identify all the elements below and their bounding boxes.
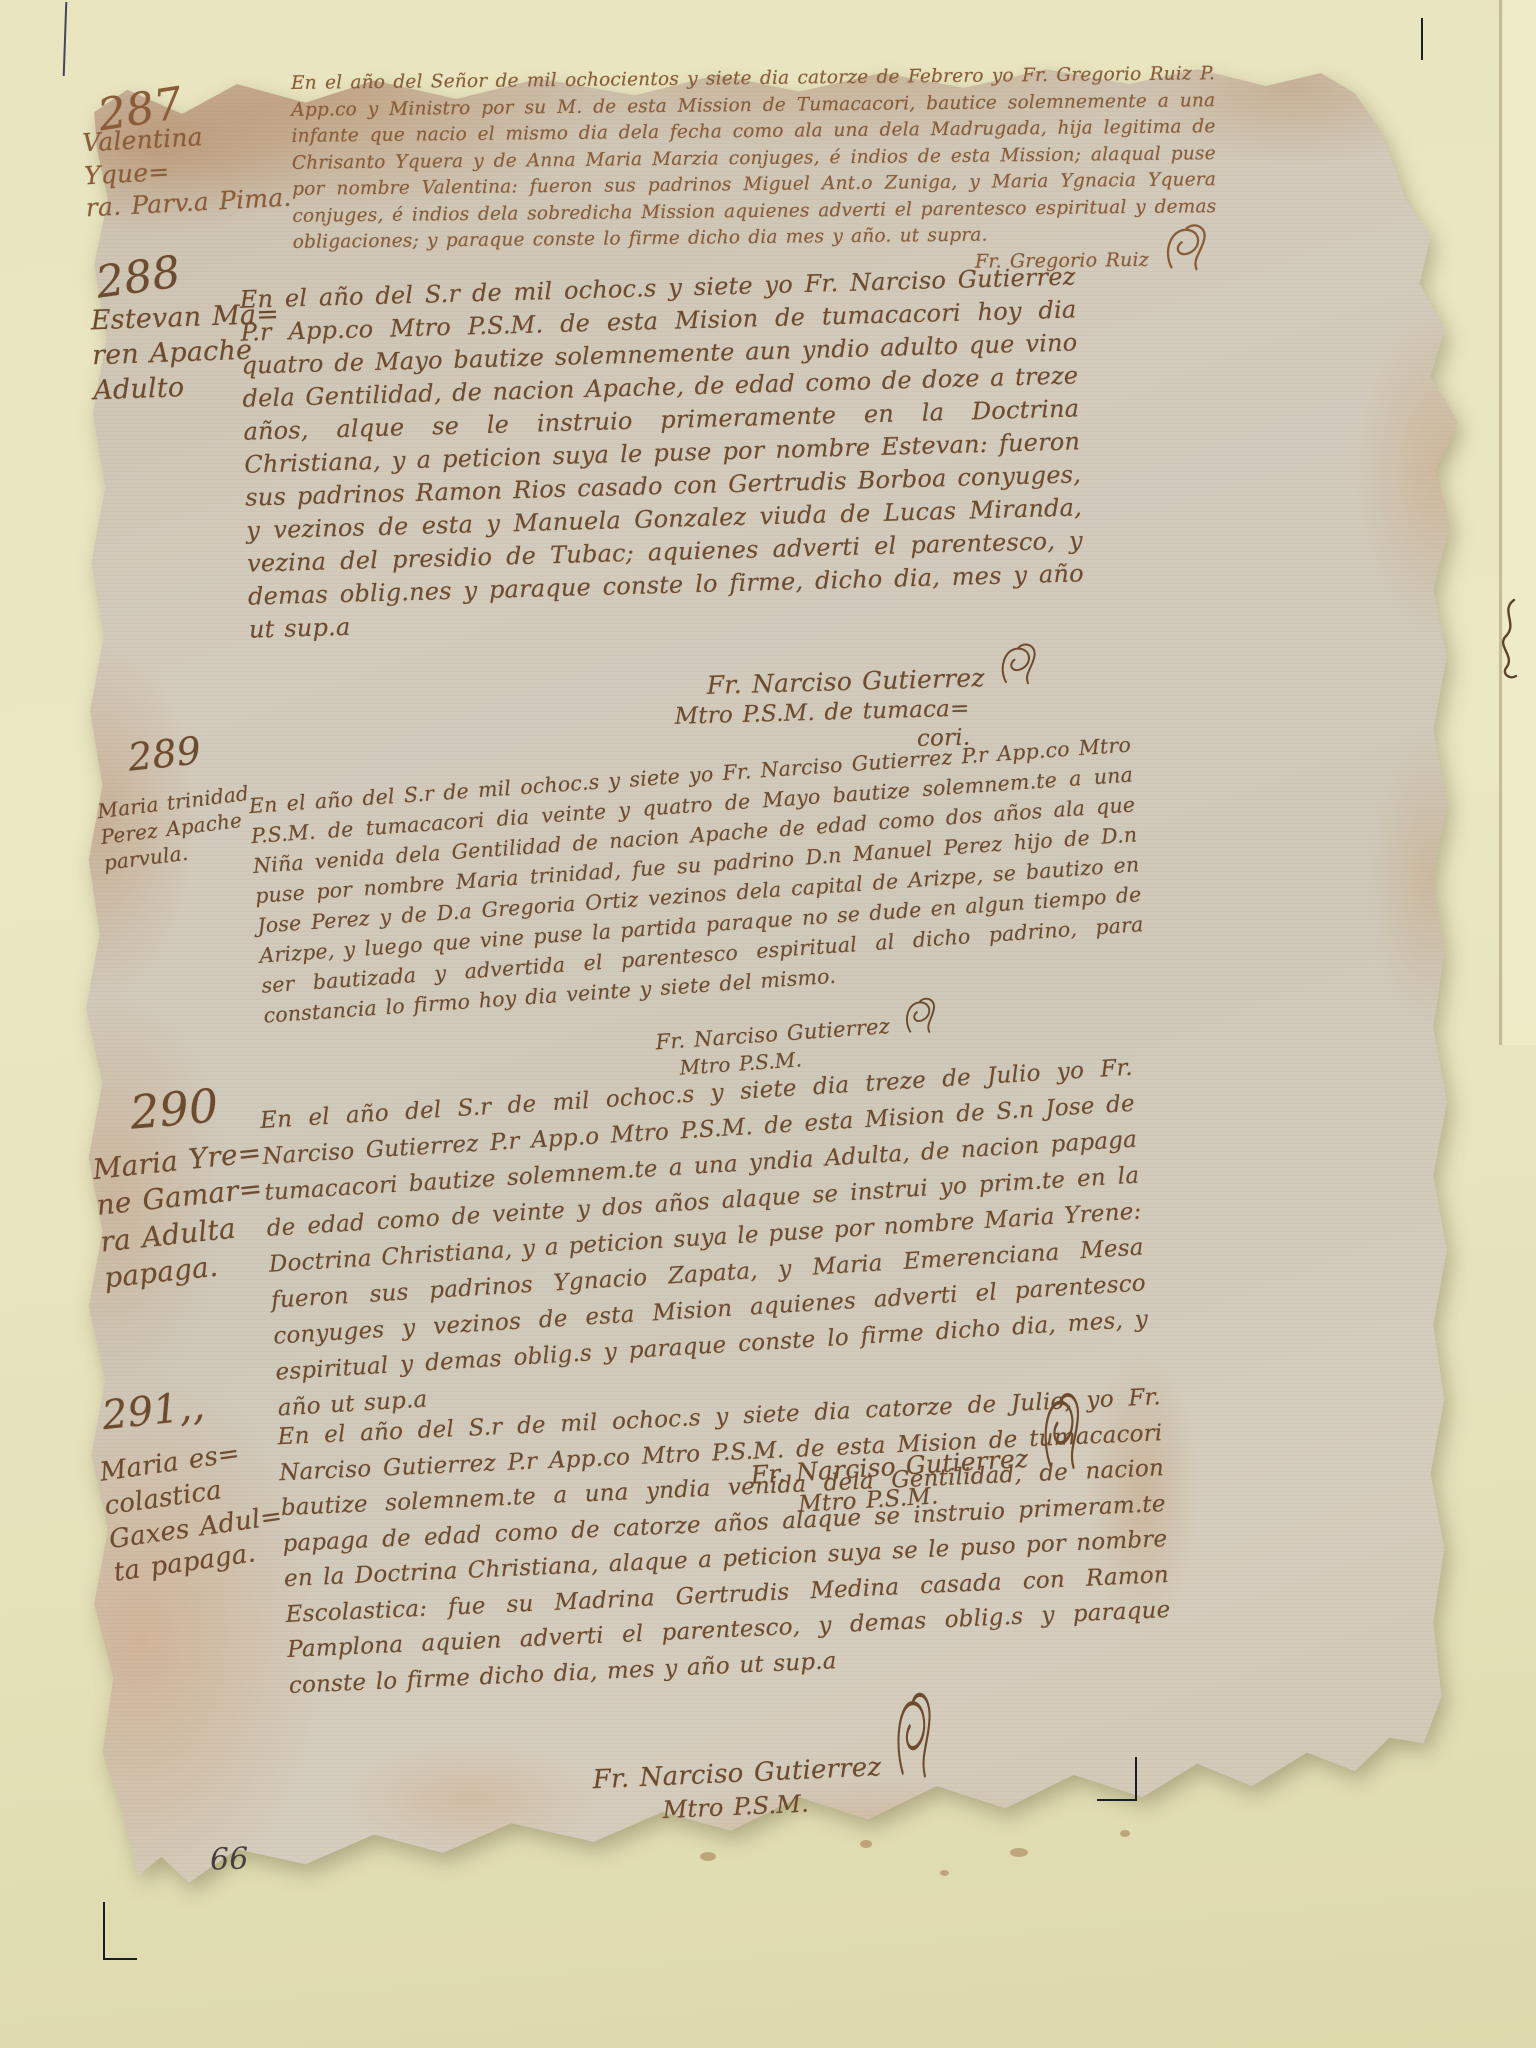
- stray-ink-mark: [1494, 596, 1524, 682]
- paper-stain: [1120, 1830, 1130, 1837]
- entry-body-text: En el año del S.r de mil ochoc.s y siete…: [259, 1050, 1151, 1427]
- paper-stain: [700, 1852, 716, 1861]
- entry-body-text: En el año del S.r de mil ochoc.s y siete…: [239, 260, 1085, 646]
- entry-289: En el año del S.r de mil ochoc.s y siete…: [248, 730, 1152, 1110]
- entry-288: En el año del S.r de mil ochoc.s y siete…: [239, 260, 1088, 772]
- rubric-flourish-icon: [890, 1687, 938, 1785]
- entry-291: En el año del S.r de mil ochoc.s y siete…: [277, 1380, 1179, 1842]
- page-number: 66: [209, 1841, 249, 1877]
- paper-stain: [940, 1870, 949, 1876]
- rubric-flourish-icon: [900, 992, 941, 1041]
- crop-mark-bottom-left-vertical: [103, 1902, 105, 1960]
- entry-287: En el año del Señor de mil ochocientos y…: [291, 61, 1217, 282]
- rubric-flourish-icon: [1161, 221, 1212, 274]
- entry-number: 290: [128, 1078, 221, 1139]
- paper-stain: [1010, 1848, 1028, 1857]
- manuscript-photo: 287 Valentina Yque= ra. Parv.a Pima. En …: [0, 0, 1536, 2048]
- crop-mark-top-right: [1421, 18, 1423, 60]
- paper-stain: [860, 1840, 872, 1848]
- entry-body-text: En el año del S.r de mil ochoc.s y siete…: [277, 1380, 1173, 1704]
- entry-number: 289: [126, 728, 203, 779]
- crop-mark-bottom-left-horizontal: [103, 1958, 137, 1960]
- rubric-flourish-icon: [995, 635, 1041, 694]
- margin-name: Valentina Yque= ra. Parv.a Pima.: [82, 117, 293, 225]
